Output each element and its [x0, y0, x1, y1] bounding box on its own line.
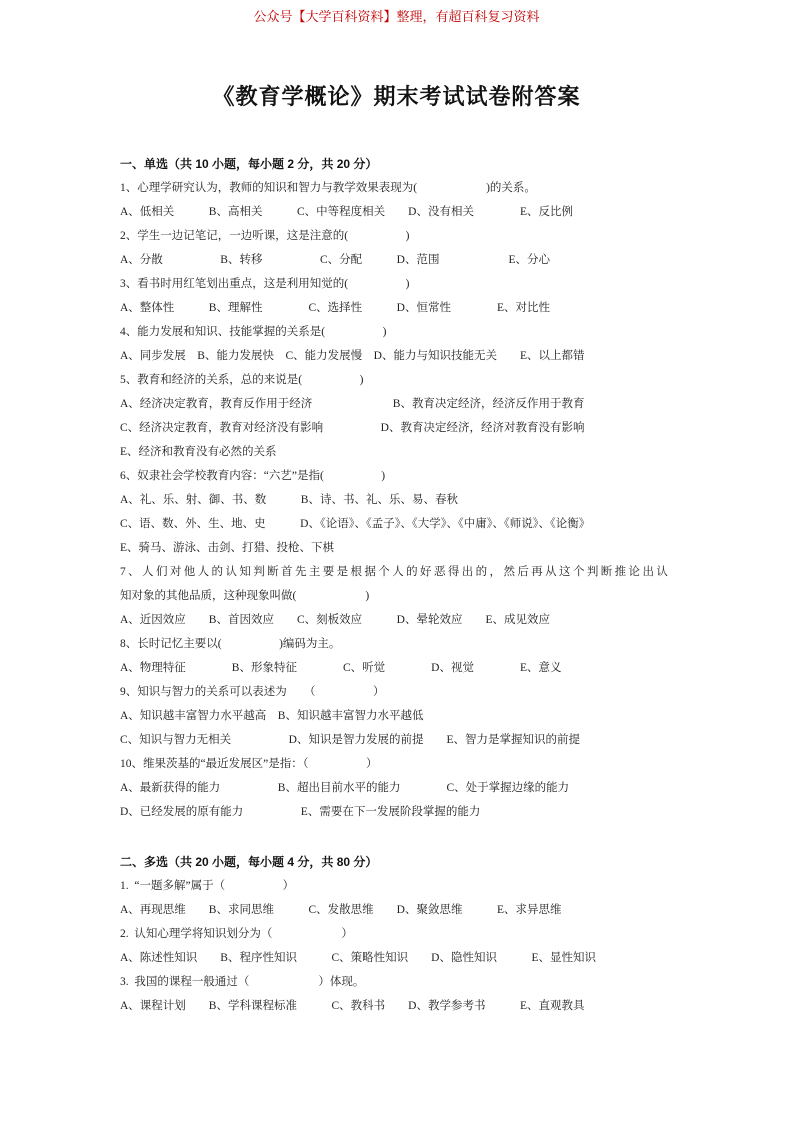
- question-line: 3、看书时用红笔划出重点，这是利用知觉的( ): [120, 272, 680, 296]
- exam-document-page: 公众号【大学百科资料】整理，有超百科复习资料 《教育学概论》期末考试试卷附答案 …: [0, 0, 793, 1122]
- options-line: A、礼、乐、射、御、书、数 B、诗、书、礼、乐、易、春秋: [120, 488, 680, 512]
- options-line: A、物理特征 B、形象特征 C、听觉 D、视觉 E、意义: [120, 656, 680, 680]
- options-line: A、课程计划 B、学科课程标准 C、教科书 D、教学参考书 E、直观教具: [120, 994, 680, 1018]
- question-line: 1. “一题多解”属于（ ）: [120, 874, 680, 898]
- options-line: A、整体性 B、理解性 C、选择性 D、恒常性 E、对比性: [120, 296, 680, 320]
- options-line: E、骑马、游泳、击剑、打猎、投枪、下棋: [120, 536, 680, 560]
- options-line: A、知识越丰富智力水平越高 B、知识越丰富智力水平越低: [120, 704, 680, 728]
- header-note: 公众号【大学百科资料】整理，有超百科复习资料: [0, 0, 793, 26]
- options-line: A、分散 B、转移 C、分配 D、范围 E、分心: [120, 248, 680, 272]
- options-line: C、经济决定教育，教育对经济没有影响 D、教育决定经济，经济对教育没有影响: [120, 416, 680, 440]
- options-line: A、最新获得的能力 B、超出目前水平的能力 C、处于掌握边缘的能力: [120, 776, 680, 800]
- options-line: A、经济决定教育，教育反作用于经济 B、教育决定经济，经济反作用于教育: [120, 392, 680, 416]
- options-line: E、经济和教育没有必然的关系: [120, 440, 680, 464]
- question-line: 2. 认知心理学将知识划分为（ ）: [120, 922, 680, 946]
- section-heading: 一、单选（共 10 小题，每小题 2 分，共 20 分）: [120, 152, 680, 176]
- page-title: 《教育学概论》期末考试试卷附答案: [0, 82, 793, 112]
- options-line: A、陈述性知识 B、程序性知识 C、策略性知识 D、隐性知识 E、显性知识: [120, 946, 680, 970]
- options-line: A、近因效应 B、首因效应 C、刻板效应 D、晕轮效应 E、成见效应: [120, 608, 680, 632]
- options-line: A、同步发展 B、能力发展快 C、能力发展慢 D、能力与知识技能无关 E、以上都…: [120, 344, 680, 368]
- options-line: A、低相关 B、高相关 C、中等程度相关 D、没有相关 E、反比例: [120, 200, 680, 224]
- question-line: 知对象的其他品质，这种现象叫做( ): [120, 584, 680, 608]
- question-line: 3. 我国的课程一般通过（ ）体现。: [120, 970, 680, 994]
- exam-section-1: 一、单选（共 10 小题，每小题 2 分，共 20 分）1、心理学研究认为，教师…: [120, 152, 680, 824]
- question-line: 6、奴隶社会学校教育内容：“六艺”是指( ): [120, 464, 680, 488]
- section-heading: 二、多选（共 20 小题，每小题 4 分，共 80 分）: [120, 850, 680, 874]
- document-body: 一、单选（共 10 小题，每小题 2 分，共 20 分）1、心理学研究认为，教师…: [120, 152, 680, 1018]
- options-line: A、再现思维 B、求同思维 C、发散思维 D、聚敛思维 E、求异思维: [120, 898, 680, 922]
- exam-section-2: 二、多选（共 20 小题，每小题 4 分，共 80 分）1. “一题多解”属于（…: [120, 850, 680, 1018]
- question-line: 7、人们对他人的认知判断首先主要是根据个人的好恶得出的，然后再从这个判断推论出认: [120, 560, 680, 584]
- question-line: 4、能力发展和知识、技能掌握的关系是( ): [120, 320, 680, 344]
- options-line: C、语、数、外、生、地、史 D、《论语》、《孟子》、《大学》、《中庸》、《师说》…: [120, 512, 680, 536]
- question-line: 5、教育和经济的关系，总的来说是( ): [120, 368, 680, 392]
- question-line: 1、心理学研究认为，教师的知识和智力与教学效果表现为( )的关系。: [120, 176, 680, 200]
- question-line: 10、维果茨基的“最近发展区”是指：（ ）: [120, 752, 680, 776]
- question-line: 2、学生一边记笔记，一边听课，这是注意的( ): [120, 224, 680, 248]
- options-line: D、已经发展的原有能力 E、需要在下一发展阶段掌握的能力: [120, 800, 680, 824]
- question-line: 9、知识与智力的关系可以表述为 （ ）: [120, 680, 680, 704]
- question-line: 8、长时记忆主要以( )编码为主。: [120, 632, 680, 656]
- options-line: C、知识与智力无相关 D、知识是智力发展的前提 E、智力是掌握知识的前提: [120, 728, 680, 752]
